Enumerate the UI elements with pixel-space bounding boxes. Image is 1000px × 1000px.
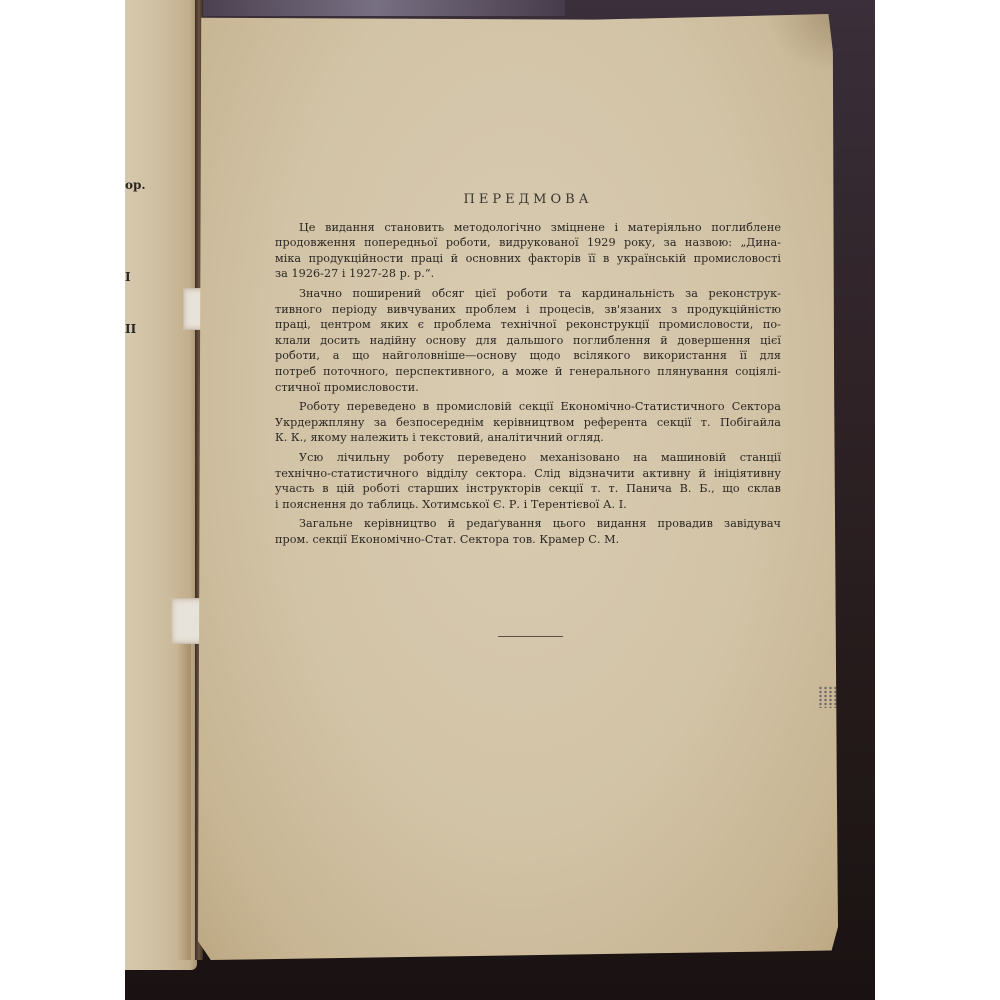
text-line: тивного періоду вивчуваних проблем і про… bbox=[251, 302, 781, 318]
left-page-fragment: II bbox=[125, 322, 136, 336]
text-line: Укрдержпляну за безпосереднім керівництв… bbox=[251, 415, 781, 431]
text-line: участь в цій роботі старших інструкторів… bbox=[251, 481, 781, 497]
left-page-fragment: I bbox=[125, 270, 131, 284]
text-line: роботи, а що найголовніше—основу щодо вс… bbox=[251, 348, 781, 364]
left-page: ор. I II bbox=[125, 0, 197, 970]
desk-surface bbox=[185, 0, 565, 16]
foreword-body: Це видання становить методологічно зміцн… bbox=[275, 220, 781, 548]
paragraph: Значно поширений обсяг цієї роботи та ка… bbox=[275, 286, 781, 395]
paragraph: Це видання становить методологічно зміцн… bbox=[275, 220, 781, 282]
text-line: праці, центром яких є проблема технічної… bbox=[251, 317, 781, 333]
text-line: Роботу переведено в промисловій секції Е… bbox=[275, 399, 781, 415]
section-rule bbox=[498, 636, 563, 637]
paragraph: Роботу переведено в промисловій секції Е… bbox=[275, 399, 781, 446]
ink-specks bbox=[818, 686, 848, 708]
page-title: ПЕРЕДМОВА bbox=[275, 192, 781, 208]
paragraph: Усю лічильну роботу переведено механізов… bbox=[275, 450, 781, 512]
text-line: потреб поточного, перспективного, а може… bbox=[251, 364, 781, 380]
text-line: Це видання становить методологічно зміцн… bbox=[275, 220, 781, 236]
paragraph: Загальне керівництво й редаґування цього… bbox=[275, 516, 781, 547]
page-stain bbox=[177, 640, 191, 960]
left-page-fragment: ор. bbox=[125, 178, 146, 192]
text-line: Значно поширений обсяг цієї роботи та ка… bbox=[275, 286, 781, 302]
text-line: за 1926-27 і 1927-28 р. р.“. bbox=[251, 266, 781, 282]
text-line: пром. секції Економічно-Стат. Сектора то… bbox=[251, 532, 781, 548]
text-line: стичної промисловости. bbox=[251, 380, 781, 396]
text-line: технічно-статистичного відділу сектора. … bbox=[251, 466, 781, 482]
text-line: продовження попередньої роботи, видруков… bbox=[251, 235, 781, 251]
text-line: клали досить надійну основу для дальшого… bbox=[251, 333, 781, 349]
text-line: Усю лічильну роботу переведено механізов… bbox=[275, 450, 781, 466]
text-line: Загальне керівництво й редаґування цього… bbox=[275, 516, 781, 532]
foreword: ПЕРЕДМОВА Це видання становить методолог… bbox=[275, 192, 781, 551]
text-line: і пояснення до таблиць. Хотимської Є. Р.… bbox=[251, 497, 781, 513]
page-corner bbox=[768, 14, 838, 74]
main-page: ПЕРЕДМОВА Це видання становить методолог… bbox=[198, 14, 838, 960]
text-line: К. К., якому належить і текстовий, аналі… bbox=[251, 430, 781, 446]
book-photo: ор. I II ПЕРЕДМОВА Це видання становить … bbox=[125, 0, 875, 1000]
text-line: міка продукційности праці й основних фак… bbox=[251, 251, 781, 267]
